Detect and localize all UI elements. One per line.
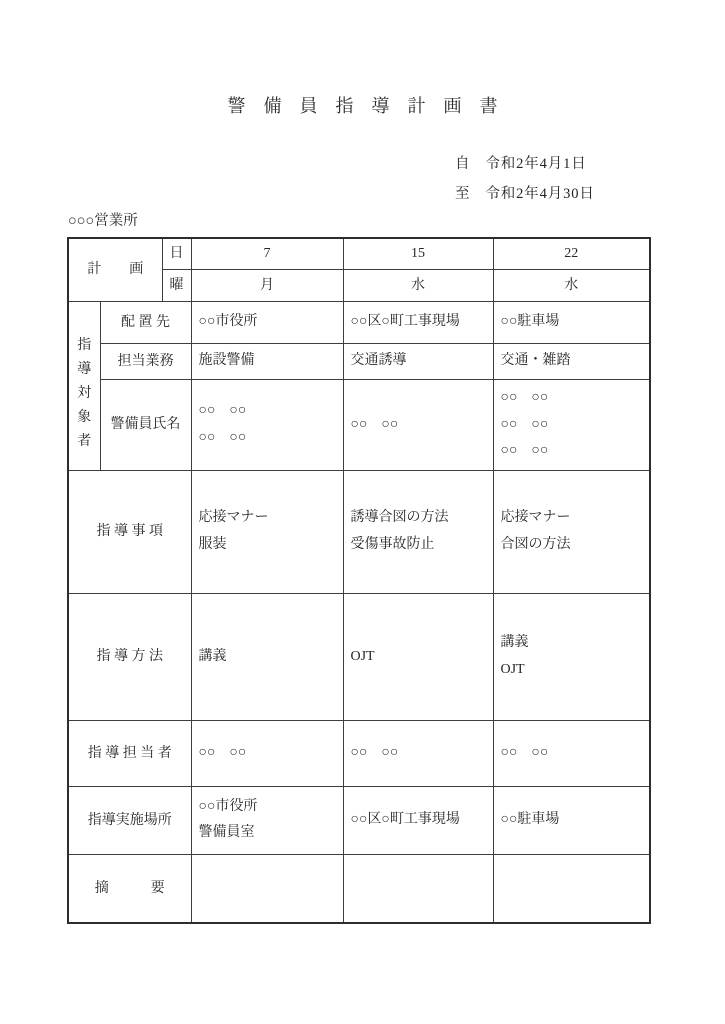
duty-value-1: 施設警備 — [191, 344, 343, 379]
day-value-2: 15 — [343, 238, 493, 269]
instructor-value-3: ○○ ○○ — [493, 720, 650, 786]
row-guards: 警備員氏名 ○○ ○○ ○○ ○○ ○○ ○○ ○○ ○○ ○○ ○○ ○○ ○… — [68, 379, 650, 470]
target-group-label: 指導対象者 — [68, 301, 100, 470]
remarks-value-3 — [493, 854, 650, 923]
period-to: 至令和2年4月30日 — [455, 179, 595, 209]
row-instructor: 指 導 担 当 者 ○○ ○○ ○○ ○○ ○○ ○○ — [68, 720, 650, 786]
items-value-3: 応接マナー 合図の方法 — [493, 470, 650, 593]
instructor-value-2: ○○ ○○ — [343, 720, 493, 786]
method-value-3: 講義 OJT — [493, 593, 650, 720]
row-label-guards: 警備員氏名 — [100, 379, 191, 470]
row-label-instructor: 指 導 担 当 者 — [68, 720, 191, 786]
row-label-method: 指 導 方 法 — [68, 593, 191, 720]
row-location: 指導実施場所 ○○市役所 警備員室 ○○区○町工事現場 ○○駐車場 — [68, 786, 650, 854]
method-value-1: 講義 — [191, 593, 343, 720]
row-duty: 担当業務 施設警備 交通誘導 交通・雑踏 — [68, 344, 650, 379]
guards-value-1: ○○ ○○ ○○ ○○ — [191, 379, 343, 470]
placement-value-1: ○○市役所 — [191, 301, 343, 344]
period-to-prefix: 至 — [455, 186, 470, 202]
items-value-1: 応接マナー 服装 — [191, 470, 343, 593]
day-label: 日 — [162, 238, 191, 269]
period-block: 自令和2年4月1日 至令和2年4月30日 — [455, 149, 595, 209]
document-page: 警 備 員 指 導 計 画 書 自令和2年4月1日 至令和2年4月30日 ○○○… — [0, 0, 725, 1024]
location-value-1: ○○市役所 警備員室 — [191, 786, 343, 854]
row-remarks: 摘 要 — [68, 854, 650, 923]
row-label-duty: 担当業務 — [100, 344, 191, 379]
row-label-location: 指導実施場所 — [68, 786, 191, 854]
guards-value-2: ○○ ○○ — [343, 379, 493, 470]
row-method: 指 導 方 法 講義 OJT 講義 OJT — [68, 593, 650, 720]
location-value-3: ○○駐車場 — [493, 786, 650, 854]
duty-value-3: 交通・雑踏 — [493, 344, 650, 379]
corner-plan-label: 計 画 — [68, 238, 162, 301]
header-row-day: 計 画 日 7 15 22 — [68, 238, 650, 269]
period-from-date: 令和2年4月1日 — [485, 156, 586, 172]
row-items: 指 導 事 項 応接マナー 服装 誘導合図の方法 受傷事故防止 応接マナー 合図… — [68, 470, 650, 593]
weekday-value-1: 月 — [191, 269, 343, 301]
row-label-remarks: 摘 要 — [68, 854, 191, 923]
period-from-prefix: 自 — [455, 156, 470, 172]
row-label-items: 指 導 事 項 — [68, 470, 191, 593]
document-title: 警 備 員 指 導 計 画 書 — [0, 92, 725, 118]
row-placement: 指導対象者 配 置 先 ○○市役所 ○○区○町工事現場 ○○駐車場 — [68, 301, 650, 344]
weekday-value-3: 水 — [493, 269, 650, 301]
weekday-label: 曜 — [162, 269, 191, 301]
remarks-value-1 — [191, 854, 343, 923]
plan-table: 計 画 日 7 15 22 曜 月 水 水 指導対象者 配 置 先 ○○市役所 … — [67, 237, 651, 924]
duty-value-2: 交通誘導 — [343, 344, 493, 379]
period-from: 自令和2年4月1日 — [455, 149, 595, 179]
period-to-date: 令和2年4月30日 — [485, 186, 594, 202]
row-label-placement: 配 置 先 — [100, 301, 191, 344]
placement-value-2: ○○区○町工事現場 — [343, 301, 493, 344]
remarks-value-2 — [343, 854, 493, 923]
office-name: ○○○営業所 — [68, 209, 138, 230]
instructor-value-1: ○○ ○○ — [191, 720, 343, 786]
day-value-1: 7 — [191, 238, 343, 269]
placement-value-3: ○○駐車場 — [493, 301, 650, 344]
guards-value-3: ○○ ○○ ○○ ○○ ○○ ○○ — [493, 379, 650, 470]
weekday-value-2: 水 — [343, 269, 493, 301]
method-value-2: OJT — [343, 593, 493, 720]
items-value-2: 誘導合図の方法 受傷事故防止 — [343, 470, 493, 593]
day-value-3: 22 — [493, 238, 650, 269]
location-value-2: ○○区○町工事現場 — [343, 786, 493, 854]
target-group-text: 指導対象者 — [76, 334, 92, 454]
